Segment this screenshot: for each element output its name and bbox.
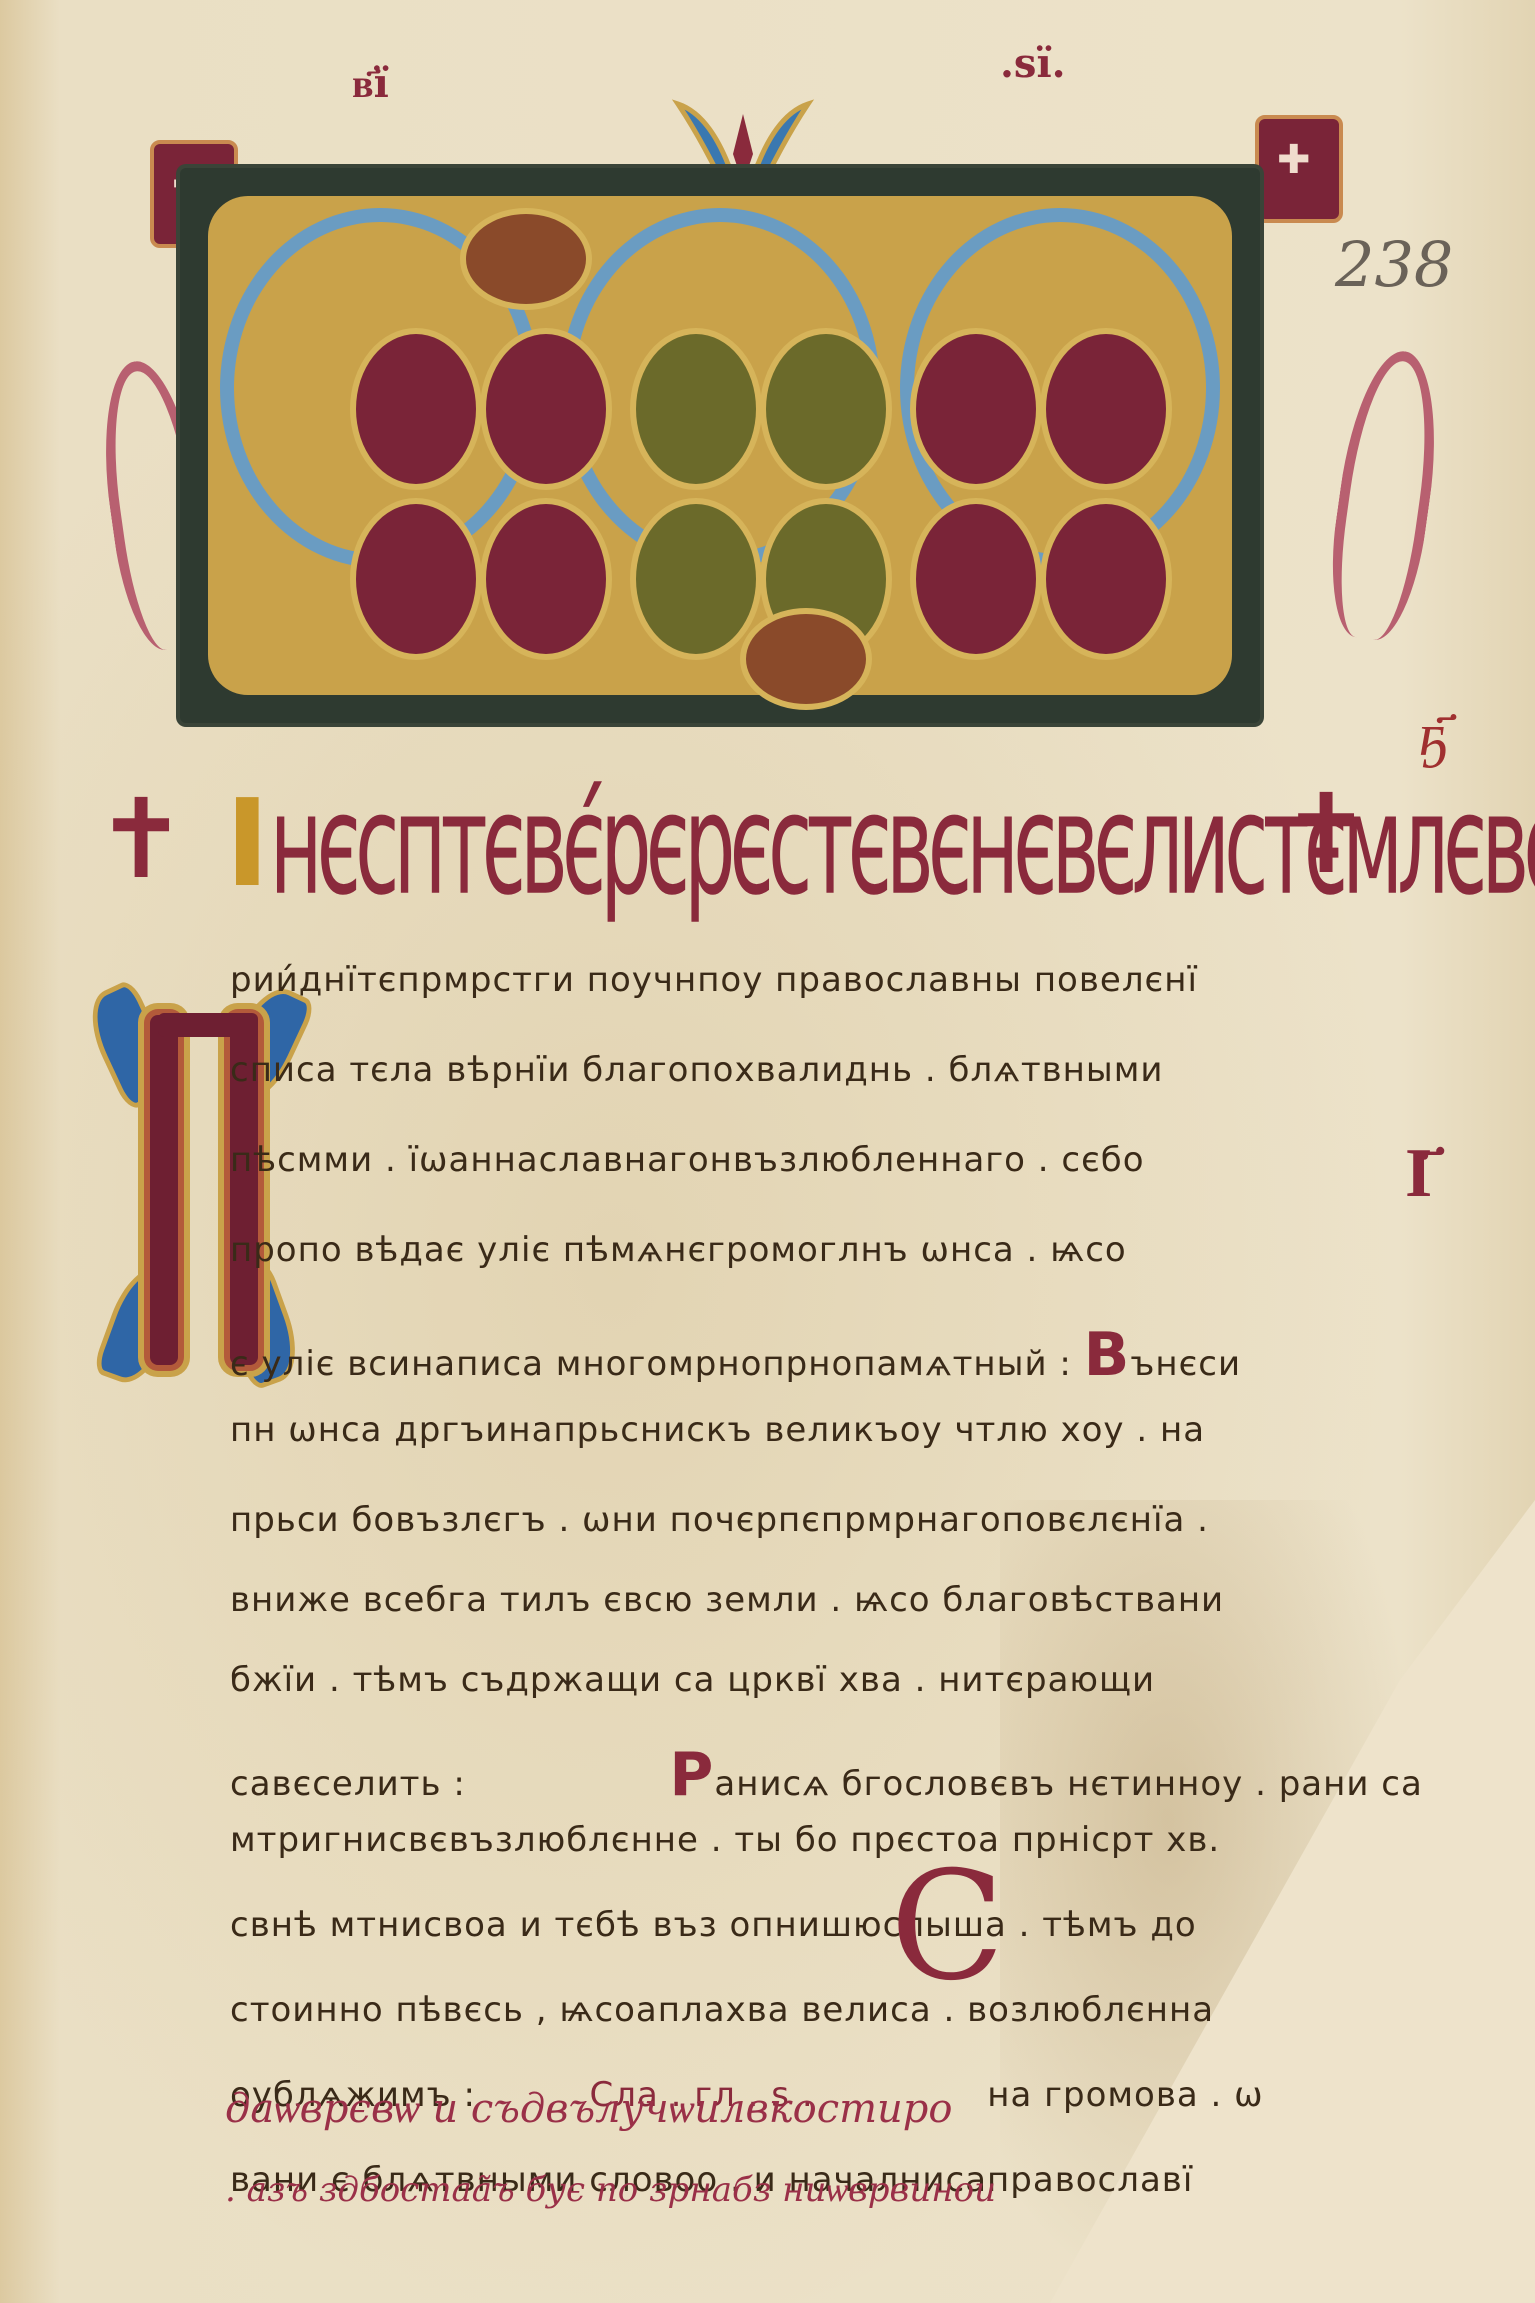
ornament-lobe (480, 328, 612, 490)
rubric-initial-V: В (1084, 1320, 1131, 1390)
text-line: пн ѡнса дргъинапрьснискъ великъоу чтлю х… (230, 1410, 1205, 1450)
text-line: рии́днїтєпрмрстги поучнпоу православны п… (230, 960, 1198, 1000)
ornament-lobe (630, 498, 762, 660)
red-cross-right-icon: ✝ (1280, 770, 1372, 898)
ornament-lobe (350, 498, 482, 660)
ornament-lobe (350, 328, 482, 490)
margin-numeral: ҕ҃ (1420, 700, 1447, 770)
initial-stem-left (150, 1015, 178, 1365)
page-number: 238 (1335, 228, 1453, 301)
text-line: пропо вѣдає уліє пѣмѧнєгромоглнъ ѡнса . … (230, 1230, 1127, 1270)
text-line-content: є уліє всинаписа многомрнопрнопамѧтный : (230, 1344, 1072, 1384)
text-line: савєселить : Ранисѧ бгословєвъ нєтинноу … (230, 1740, 1423, 1810)
ornament-lobe (740, 608, 872, 710)
rubric-initial-R: Р (669, 1740, 714, 1810)
text-line: свнѣ мтнисвоа и тєбѣ въз опнишюслыша . т… (230, 1905, 1197, 1945)
text-line: вниже всебга тилъ євсю земли . ѩсо благо… (230, 1580, 1224, 1620)
text-line: пѣсмми . їѡаннаславнагонвъзлюбленнаго . … (230, 1140, 1145, 1180)
folio-mark-right: .ѕї. (1000, 40, 1066, 87)
corner-cross-icon (1255, 115, 1343, 223)
scroll-ornament-right-icon (1320, 345, 1449, 645)
text-line: списа тєла вѣрнїи благопохвалиднь . блѧт… (230, 1050, 1163, 1090)
initial-crossbar (158, 1013, 258, 1037)
rubric-initial-S: С (890, 1840, 1005, 2014)
ornament-lobe (1040, 328, 1172, 490)
rubric-tail: ънєси (1130, 1344, 1241, 1384)
text-line: прьси бовъзлєгъ . ѡни почєрпєпрмрнагопов… (230, 1500, 1209, 1540)
manuscript-page: в҃ї .ѕї. 238 ✝ Ӏ нєсптєвє́рєрєстєвєнєвєл (0, 0, 1535, 2303)
folio-mark-left: в҃ї (352, 60, 389, 107)
ornament-lobe (480, 498, 612, 660)
illuminated-headpiece (180, 168, 1260, 723)
later-note-line: . азъ здбостаа̃ъ бує по зрнабз ниѡврвино… (225, 2170, 996, 2210)
rubric-tail: на громова . ѡ (987, 2075, 1263, 2115)
red-cross-left-icon: ✝ (95, 775, 187, 903)
text-line: бжїи . тѣмъ съдржащи са црквї хва . нитє… (230, 1660, 1155, 1700)
heading-gold-initial: Ӏ (225, 785, 270, 905)
ornament-lobe (910, 328, 1042, 490)
rubric-tail: анисѧ бгословєвъ нєтинноу . рани са (714, 1764, 1422, 1804)
ornament-lobe (760, 328, 892, 490)
text-line: мтригнисвєвъзлюблєнне . ты бо прєстоа пр… (230, 1820, 1220, 1860)
text-line: стоинно пѣвєсь , ѩсоаплахва велиса . воз… (230, 1990, 1214, 2030)
margin-rubric-mark: Ӏ҃ (1405, 1130, 1432, 1214)
ornament-lobe (460, 208, 592, 310)
ornament-lobe (630, 328, 762, 490)
later-note-line: даѡврєвѡ и съдвълучѡилвкостиро (225, 2085, 952, 2132)
text-line-content: савєселить : (230, 1764, 466, 1804)
text-line: є уліє всинаписа многомрнопрнопамѧтный :… (230, 1320, 1241, 1390)
ornament-lobe (910, 498, 1042, 660)
ornament-lobe (1040, 498, 1172, 660)
